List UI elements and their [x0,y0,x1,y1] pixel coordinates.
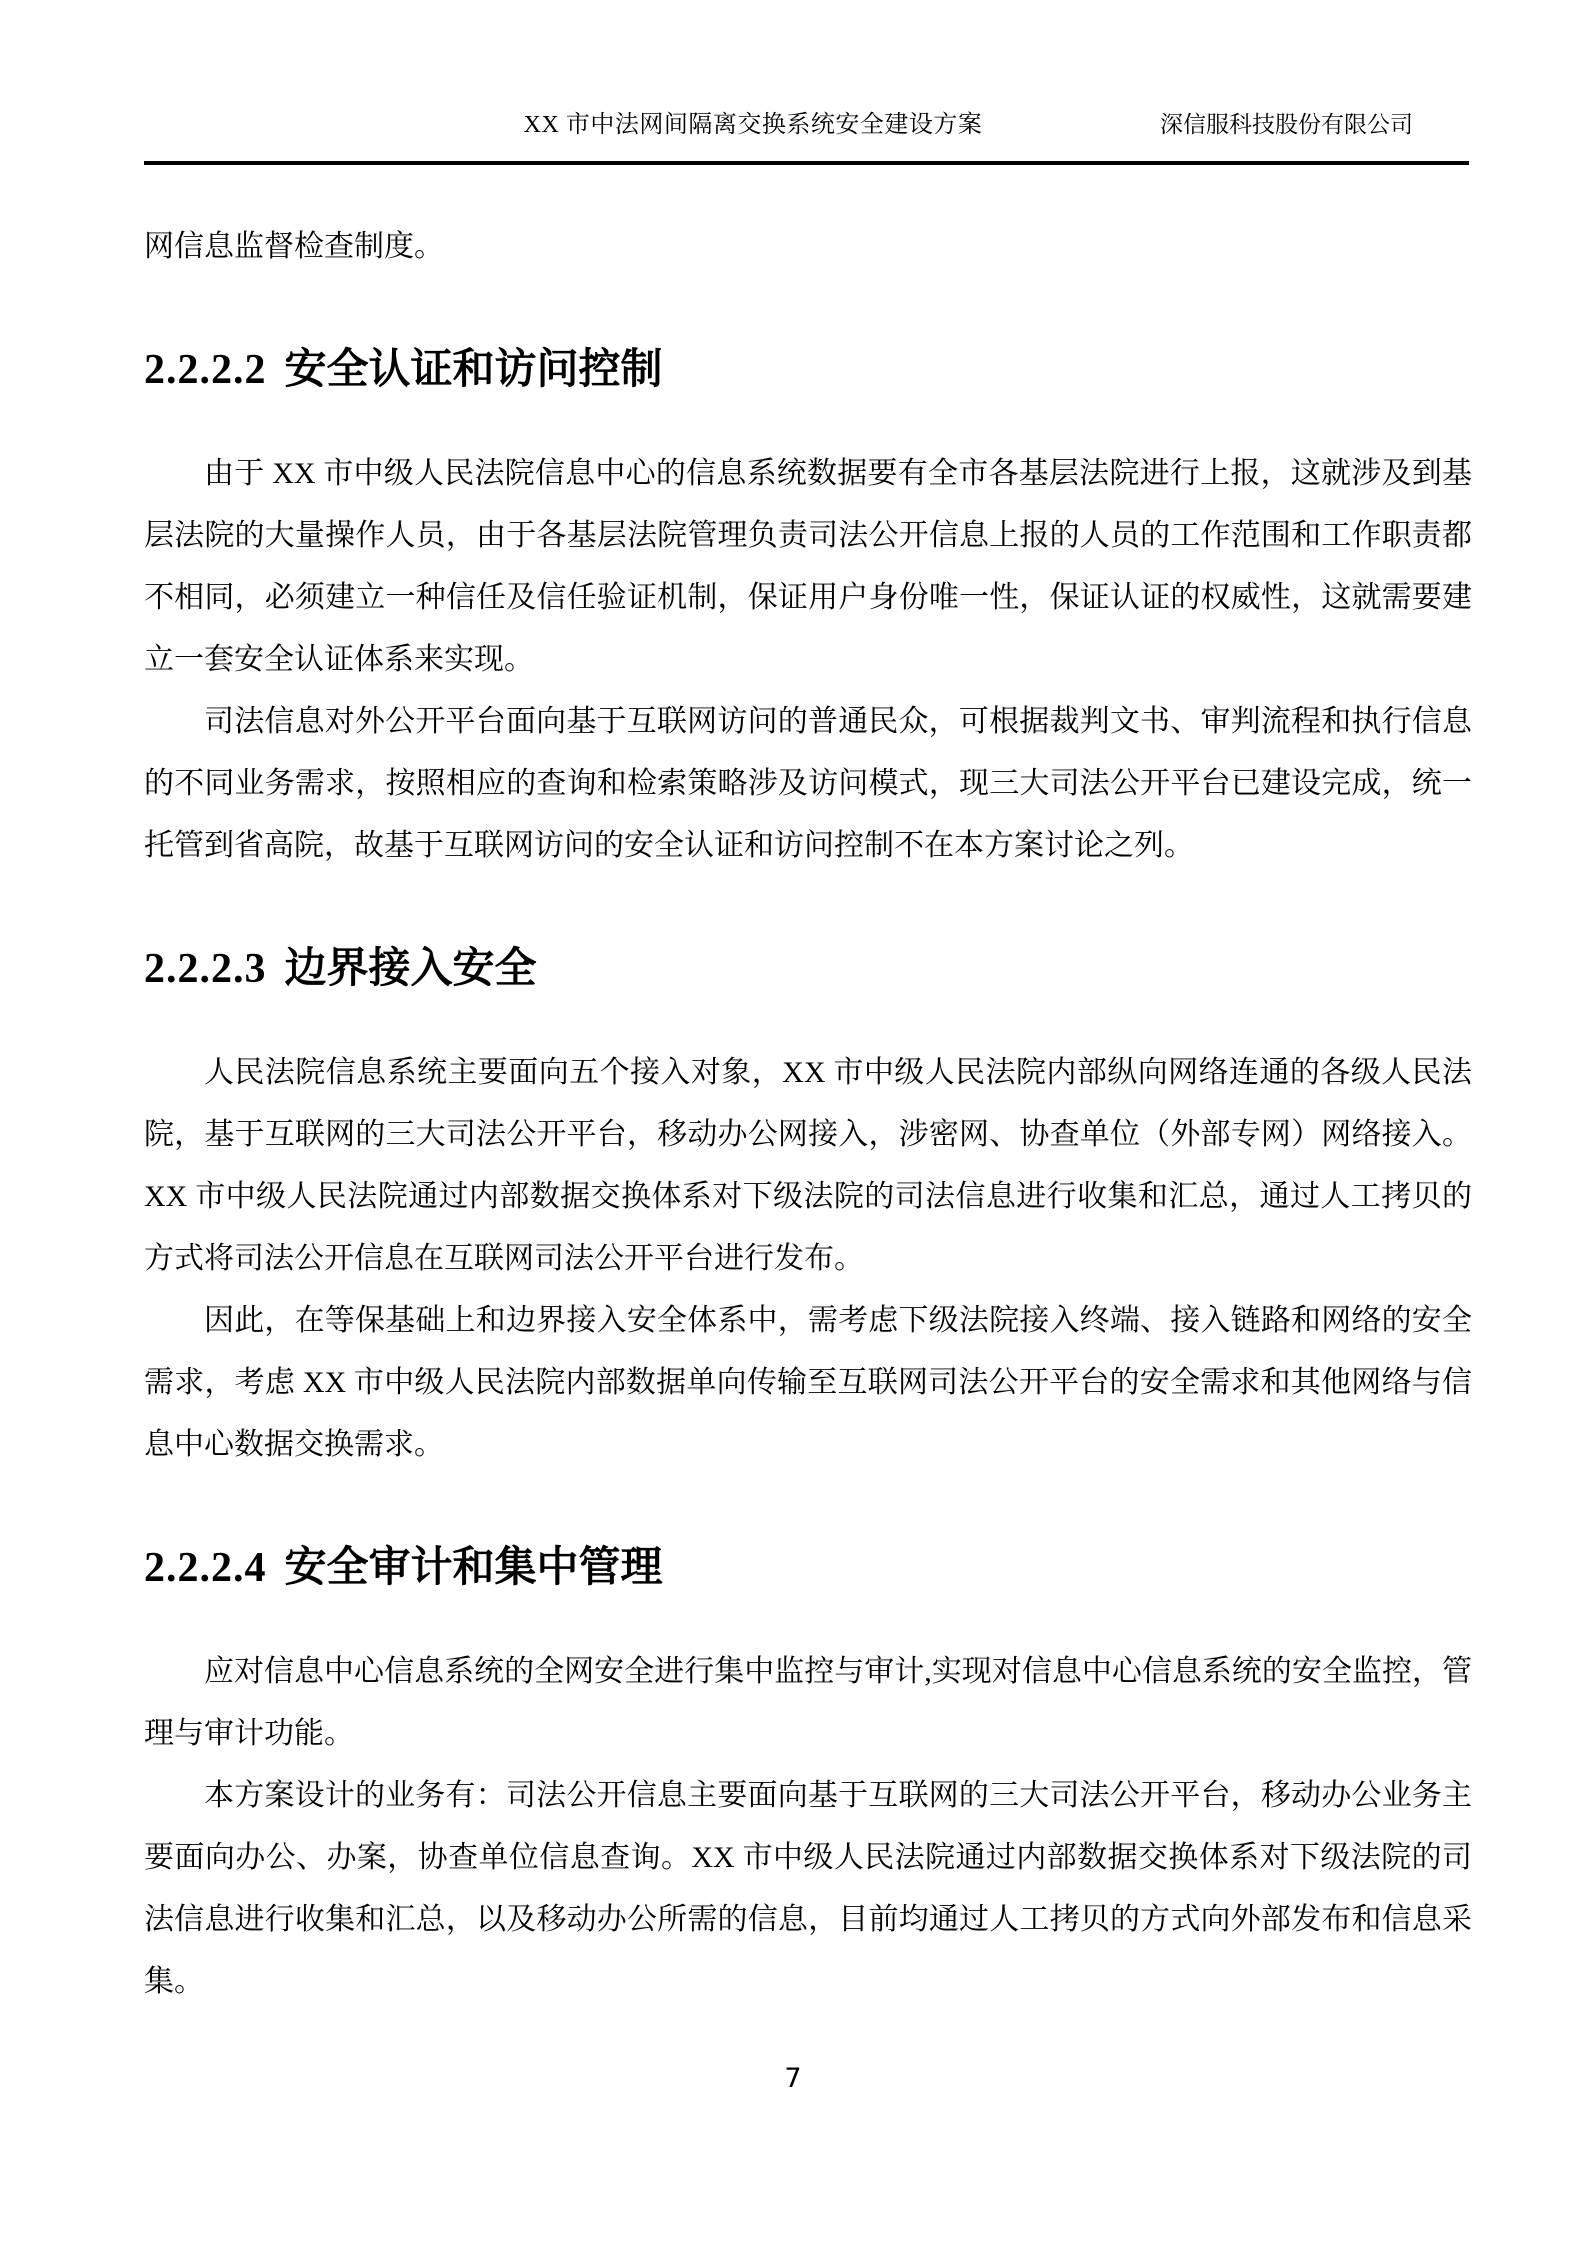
heading-number: 2.2.2.3 [144,946,267,992]
paragraph: 本方案设计的业务有：司法公开信息主要面向基于互联网的三大司法公开平台，移动办公业… [144,1765,1472,2013]
paragraph: 应对信息中心信息系统的全网安全进行集中监控与审计,实现对信息中心信息系统的安全监… [144,1641,1472,1765]
heading-title: 安全审计和集中管理 [285,1543,663,1590]
heading-title: 边界接入安全 [285,944,537,991]
header-company-name: 深信服科技股份有限公司 [1160,106,1413,139]
paragraph: 由于 XX 市中级人民法院信息中心的信息系统数据要有全市各基层法院进行上报，这就… [144,443,1472,691]
paragraph: 因此，在等保基础上和边界接入安全体系中，需考虑下级法院接入终端、接入链路和网络的… [144,1290,1472,1476]
paragraph-continuation: 网信息监督检查制度。 [144,216,1472,278]
heading-number: 2.2.2.2 [144,347,267,393]
heading-number: 2.2.2.4 [144,1545,267,1591]
heading-title: 安全认证和访问控制 [285,345,663,392]
section-heading-2224: 2.2.2.4安全审计和集中管理 [144,1540,1472,1595]
section-heading-2222: 2.2.2.2安全认证和访问控制 [144,342,1472,397]
page-number: 7 [0,2062,1586,2096]
section-heading-2223: 2.2.2.3边界接入安全 [144,941,1472,996]
document-page: XX 市中法网间隔离交换系统安全建设方案 深信服科技股份有限公司 网信息监督检查… [0,0,1586,2245]
header-document-title: XX 市中法网间隔离交换系统安全建设方案 [524,104,983,139]
document-body: 网信息监督检查制度。 2.2.2.2安全认证和访问控制 由于 XX 市中级人民法… [144,216,1472,2013]
page-header: XX 市中法网间隔离交换系统安全建设方案 深信服科技股份有限公司 [144,0,1469,165]
paragraph: 司法信息对外公开平台面向基于互联网访问的普通民众，可根据裁判文书、审判流程和执行… [144,691,1472,877]
paragraph: 人民法院信息系统主要面向五个接入对象，XX 市中级人民法院内部纵向网络连通的各级… [144,1042,1472,1290]
